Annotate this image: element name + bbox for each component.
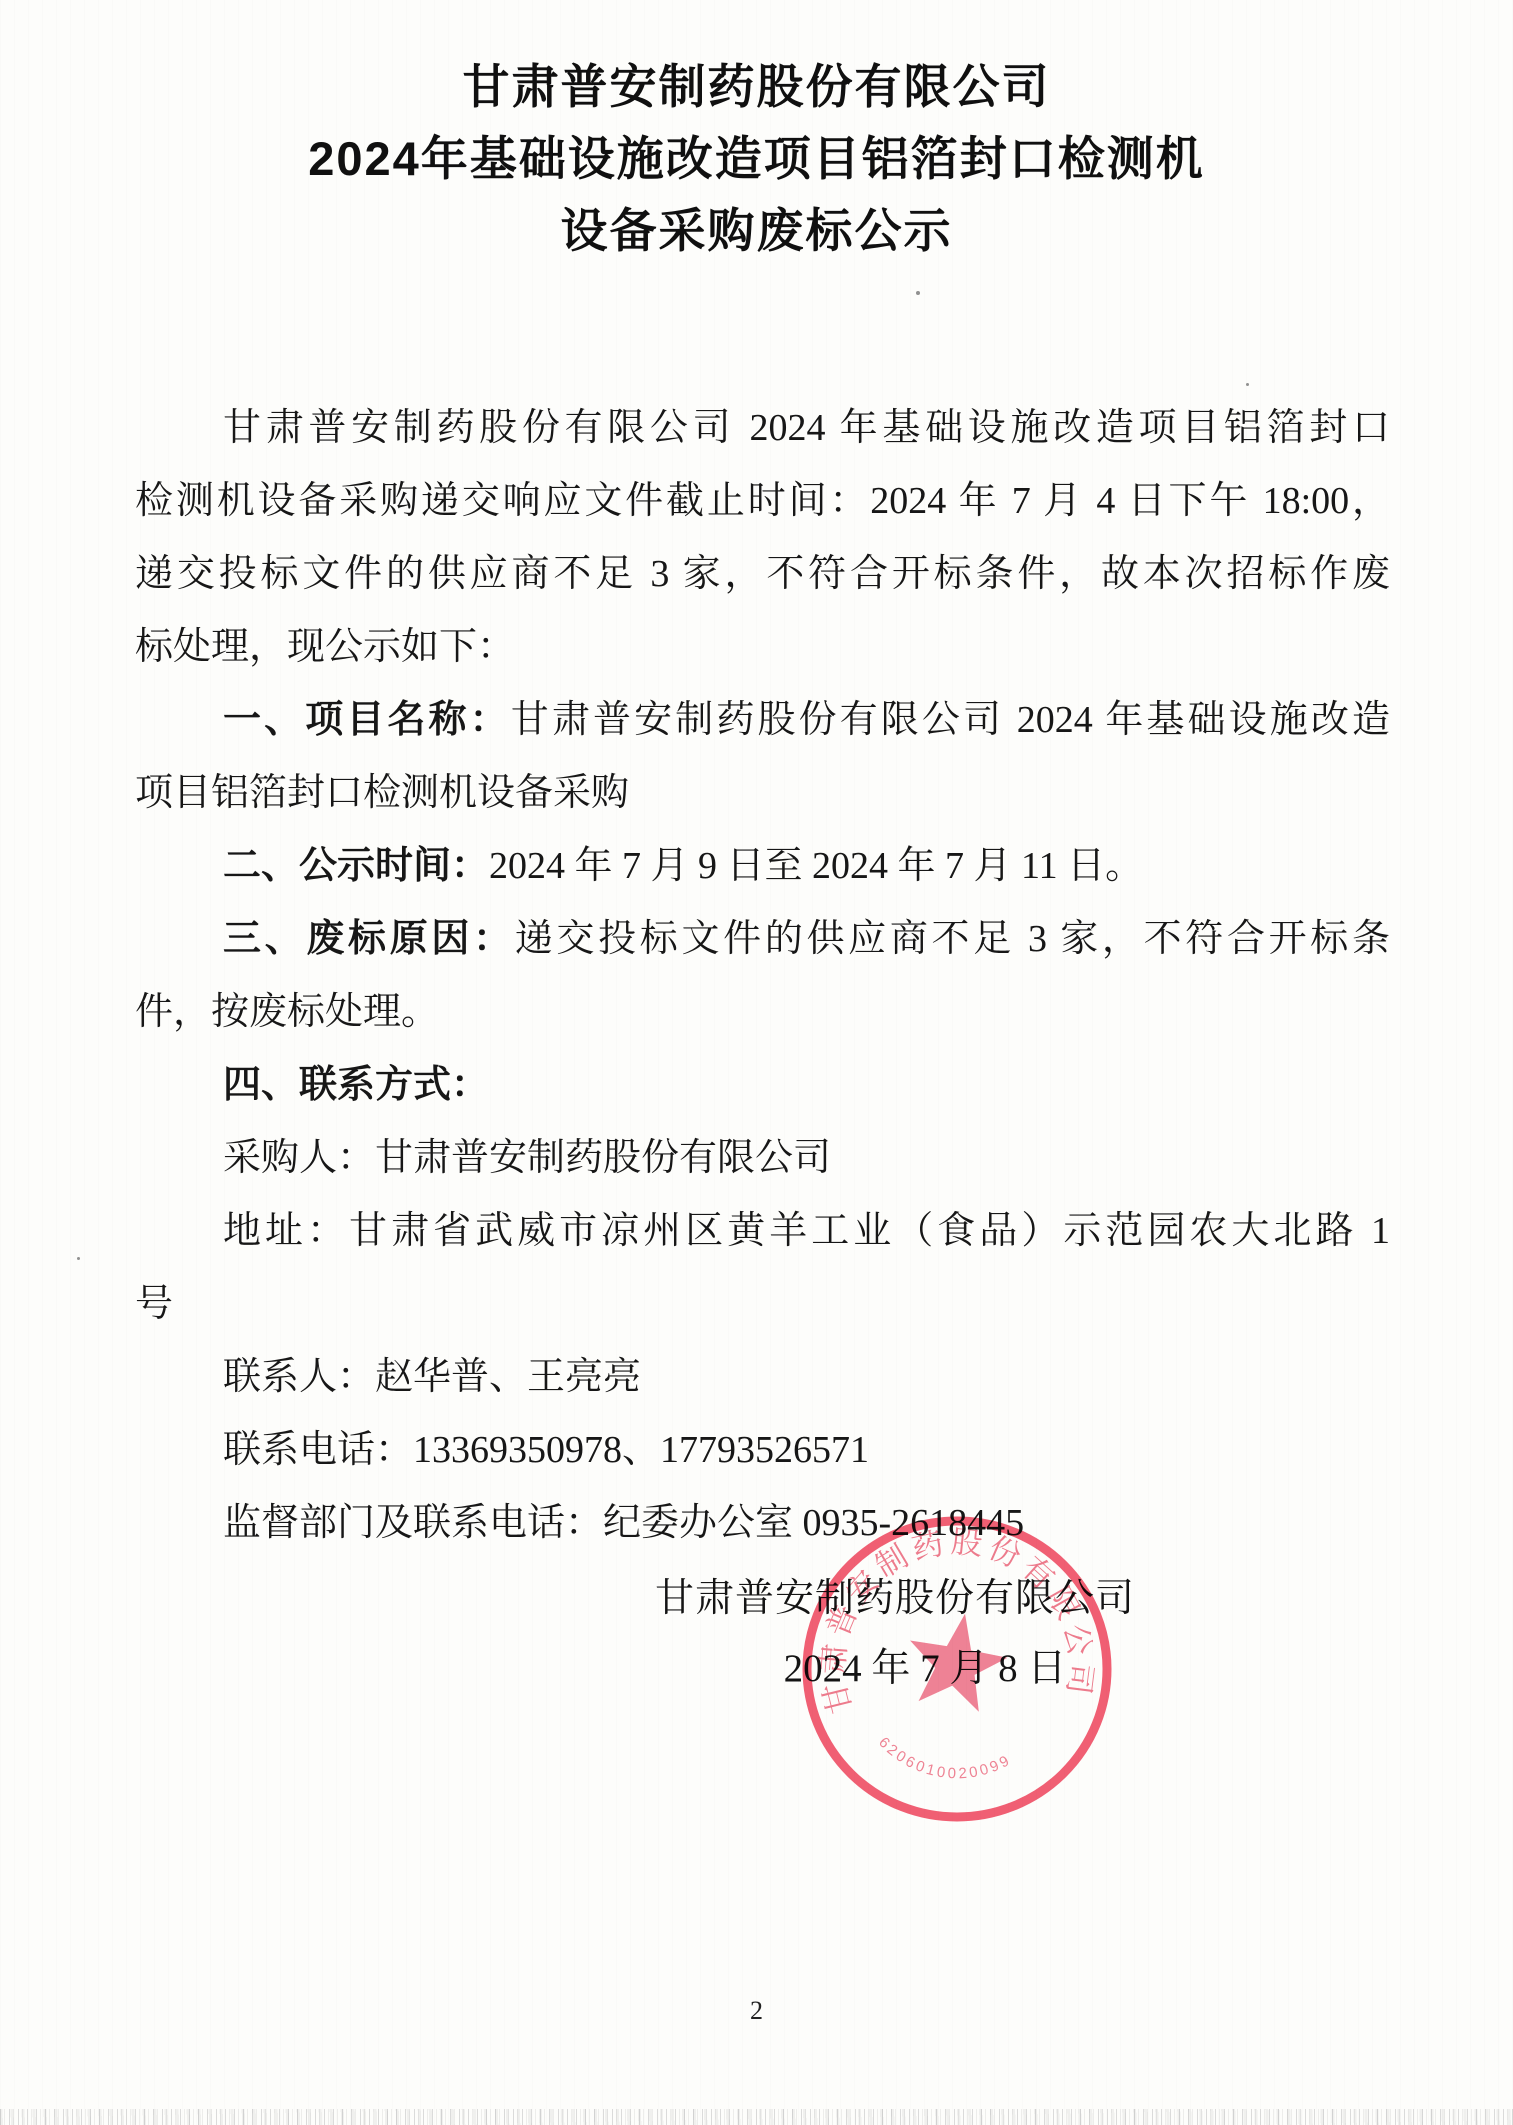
- body-line-contact-heading: 四、联系方式：: [135, 1049, 1390, 1122]
- body-line-text: 2024 年 7 月 9 日至 2024 年 7 月 11 日。: [489, 845, 1143, 887]
- body-line-project-name: 一、项目名称：甘肃普安制药股份有限公司 2024 年基础设施改造: [135, 684, 1390, 757]
- notice-body: 甘肃普安制药股份有限公司 2024 年基础设施改造项目铝箔封口 检测机设备采购递…: [135, 392, 1390, 1560]
- body-line: 项目铝箔封口检测机设备采购: [135, 757, 1390, 830]
- body-line-public-period: 二、公示时间：2024 年 7 月 9 日至 2024 年 7 月 11 日。: [135, 830, 1390, 903]
- body-line: 标处理，现公示如下：: [135, 611, 1390, 684]
- body-line: 检测机设备采购递交响应文件截止时间：2024 年 7 月 4 日下午 18:00…: [135, 465, 1390, 538]
- body-line-phones: 联系电话：13369350978、17793526571: [135, 1414, 1390, 1487]
- seal-serial-number: 6206010020099: [875, 1734, 1015, 1782]
- section-label: 四、联系方式：: [223, 1064, 489, 1106]
- document-page: 甘肃普安制药股份有限公司 2024年基础设施改造项目铝箔封口检测机 设备采购废标…: [0, 0, 1513, 2125]
- body-line-text: 联系电话：13369350978、17793526571: [223, 1429, 869, 1471]
- svg-text:6206010020099: 6206010020099: [875, 1734, 1015, 1782]
- body-line: 甘肃普安制药股份有限公司 2024 年基础设施改造项目铝箔封口: [135, 392, 1390, 465]
- body-line-text: 检测机设备采购递交响应文件截止时间：2024 年 7 月 4 日下午 18:00…: [135, 480, 1390, 522]
- scan-speck: [77, 1257, 80, 1260]
- seal-star-icon: [900, 1605, 1014, 1715]
- body-line-address: 地址：甘肃省武威市凉州区黄羊工业（食品）示范园农大北路 1: [135, 1195, 1390, 1268]
- scan-speck: [916, 291, 920, 295]
- scan-speck: [1246, 383, 1249, 386]
- company-seal: 甘肃普安制药股份有限公司 6206010020099: [800, 1514, 1114, 1824]
- body-line-text: 甘肃普安制药股份有限公司 2024 年基础设施改造: [511, 699, 1390, 741]
- page-number: 2: [0, 1996, 1513, 2026]
- doc-title-company: 甘肃普安制药股份有限公司: [0, 50, 1513, 117]
- body-line-text: 联系人：赵华普、王亮亮: [223, 1356, 641, 1398]
- section-label: 三、废标原因：: [223, 918, 515, 960]
- body-line-text: 标处理，现公示如下：: [135, 626, 515, 668]
- doc-title-project: 2024年基础设施改造项目铝箔封口检测机: [0, 122, 1513, 189]
- body-line: 递交投标文件的供应商不足 3 家，不符合开标条件，故本次招标作废: [135, 538, 1390, 611]
- body-line-text: 递交投标文件的供应商不足 3 家，不符合开标条件，故本次招标作废: [135, 553, 1390, 595]
- body-line-contacts: 联系人：赵华普、王亮亮: [135, 1341, 1390, 1414]
- body-line-text: 件，按废标处理。: [135, 991, 439, 1033]
- body-line-text: 采购人：甘肃普安制药股份有限公司: [223, 1137, 831, 1179]
- doc-title-subject: 设备采购废标公示: [0, 194, 1513, 261]
- body-line-text: 递交投标文件的供应商不足 3 家，不符合开标条: [515, 918, 1390, 960]
- bottom-scan-noise: [0, 2109, 1513, 2125]
- body-line-supervision: 监督部门及联系电话：纪委办公室 0935-2618445: [135, 1487, 1390, 1560]
- body-line-purchaser: 采购人：甘肃普安制药股份有限公司: [135, 1122, 1390, 1195]
- body-line: 号: [135, 1268, 1390, 1341]
- section-label: 一、项目名称：: [223, 699, 511, 741]
- body-line-text: 地址：甘肃省武威市凉州区黄羊工业（食品）示范园农大北路 1: [223, 1210, 1390, 1252]
- body-line-text: 号: [135, 1283, 173, 1325]
- body-line-failure-reason: 三、废标原因：递交投标文件的供应商不足 3 家，不符合开标条: [135, 903, 1390, 976]
- body-line-text: 项目铝箔封口检测机设备采购: [135, 772, 629, 814]
- section-label: 二、公示时间：: [223, 845, 489, 887]
- body-line: 件，按废标处理。: [135, 976, 1390, 1049]
- body-line-text: 甘肃普安制药股份有限公司 2024 年基础设施改造项目铝箔封口: [223, 407, 1390, 449]
